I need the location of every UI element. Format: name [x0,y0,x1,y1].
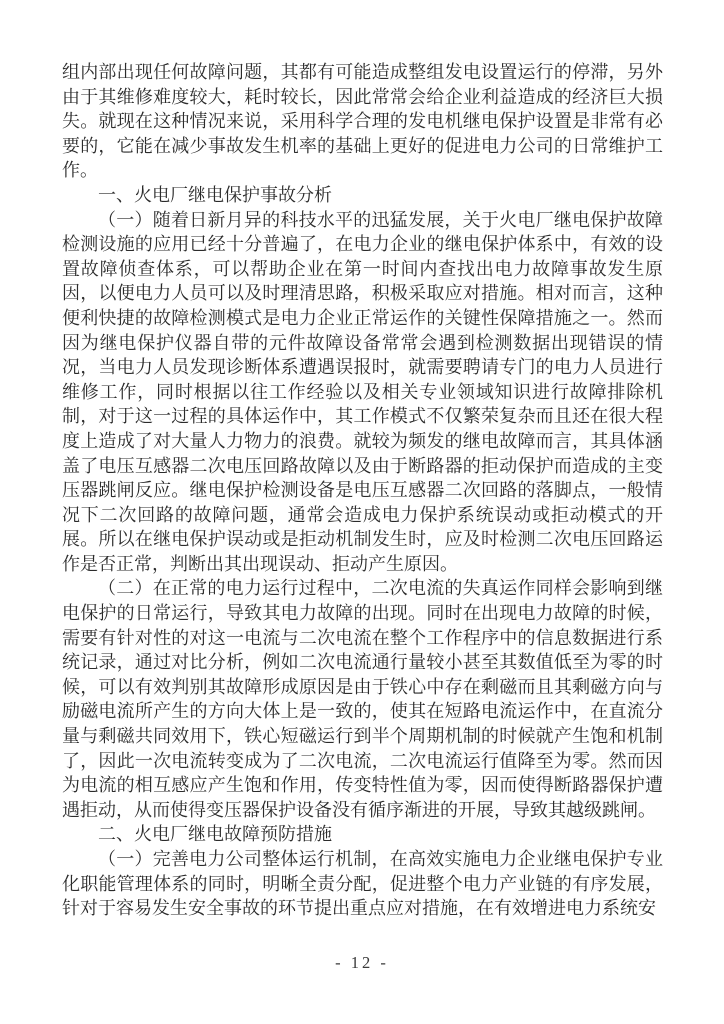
section-heading-2: 二、火电厂继电故障预防措施 [62,822,663,847]
paragraph-continuation: 组内部出现任何故障问题，其都有可能造成整组发电设置运行的停滞，另外由于其维修难度… [62,60,663,183]
document-page: 组内部出现任何故障问题，其都有可能造成整组发电设置运行的停滞，另外由于其维修难度… [0,0,724,1024]
paragraph-prevention-1: （一）完善电力公司整体运行机制，在高效实施电力企业继电保护专业化职能管理体系的同… [62,847,663,921]
page-number: - 12 - [0,953,724,973]
paragraph-analysis-1: （一）随着日新月异的科技水平的迅猛发展，关于火电厂继电保护故障检测设施的应用已经… [62,208,663,577]
text-block: 组内部出现任何故障问题，其都有可能造成整组发电设置运行的停滞，另外由于其维修难度… [62,60,663,921]
paragraph-analysis-2: （二）在正常的电力运行过程中，二次电流的失真运作同样会影响到继电保护的日常运行，… [62,576,663,822]
section-heading-1: 一、火电厂继电保护事故分析 [62,183,663,208]
